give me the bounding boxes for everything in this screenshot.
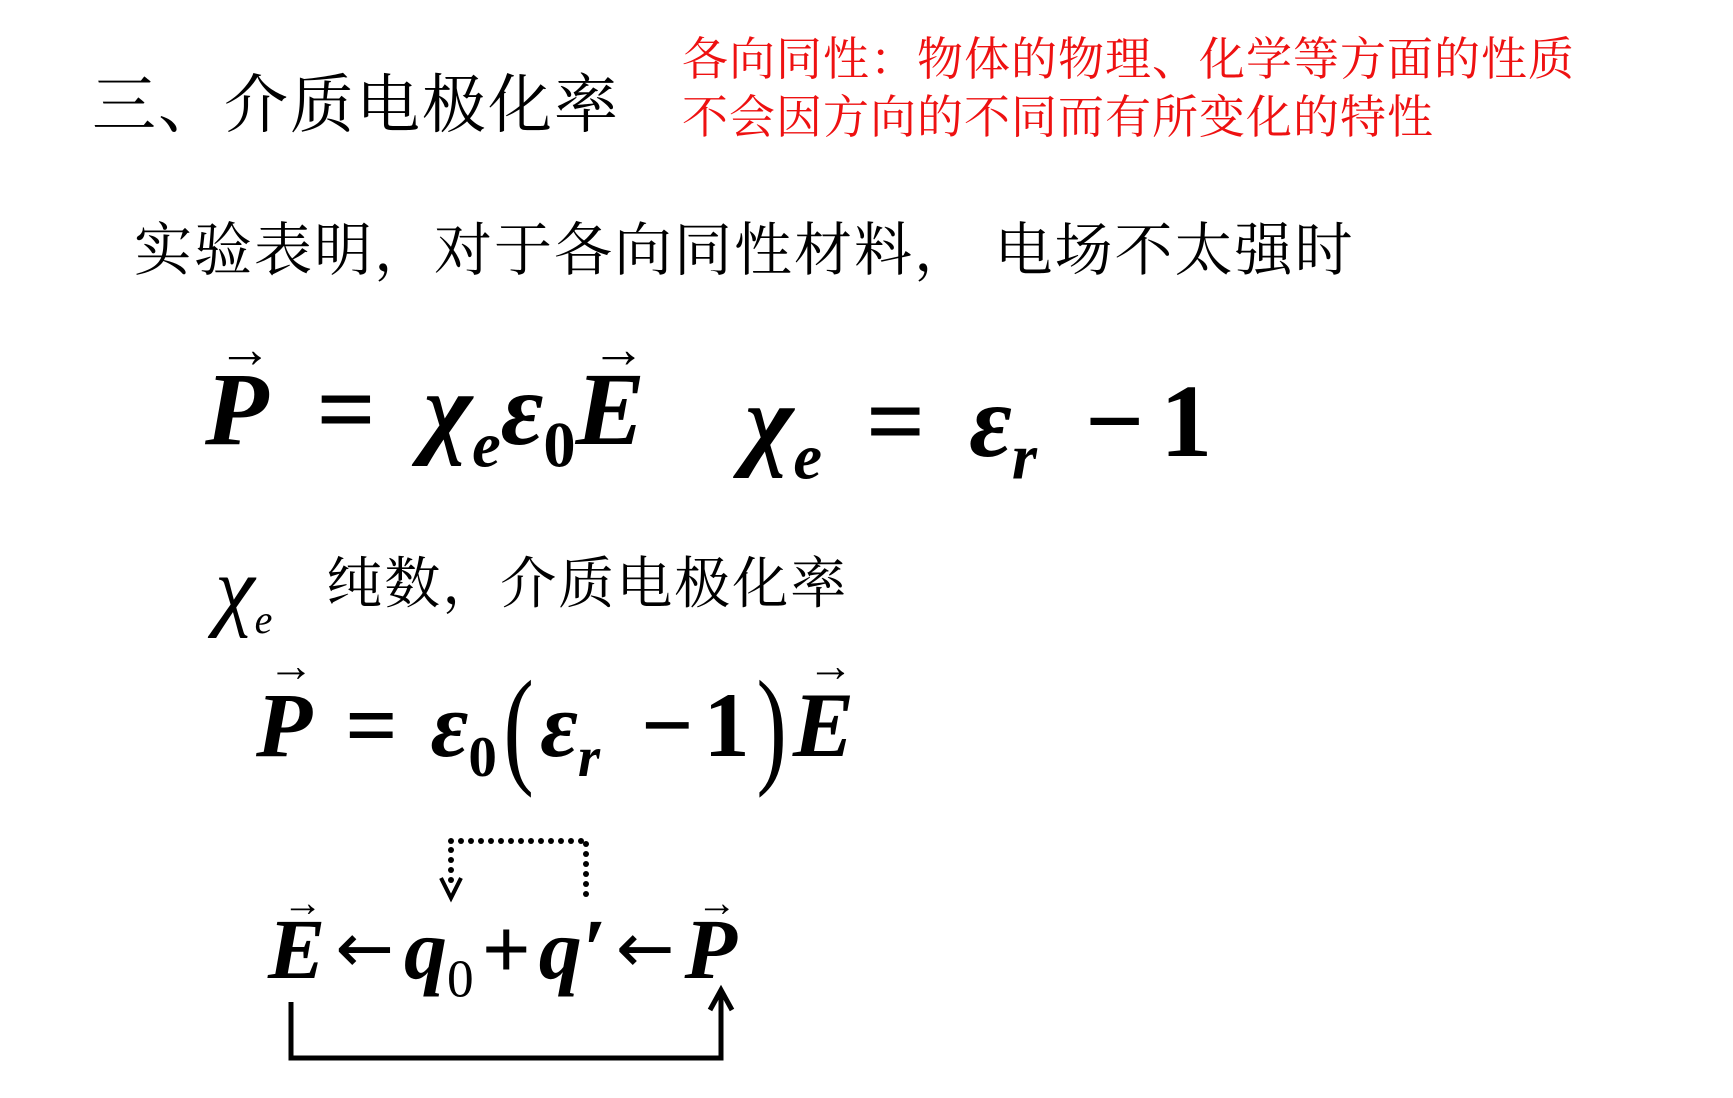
vector-arrow-icon: →: [218, 322, 272, 376]
vector-p: → P: [205, 350, 269, 470]
equation-polarization-chi: → P = χeε0 → E: [205, 350, 645, 470]
vector-arrow-icon: →: [697, 883, 737, 923]
vector-e: → E: [793, 665, 854, 785]
close-parenthesis: ): [756, 667, 786, 787]
chi-symbol: χ: [745, 364, 793, 479]
free-charge-subscript: 0: [447, 949, 474, 1009]
equation-polarization-epsilon: → P = ε0(εr −1) → E: [256, 665, 854, 787]
minus-sign: −: [641, 674, 693, 776]
open-parenthesis: (: [503, 667, 533, 787]
note-line-2: 不会因方向的不同而有所变化的特性: [682, 88, 1575, 146]
number-one: 1: [704, 674, 750, 776]
epsilon-r-subscript: r: [578, 726, 600, 789]
left-arrow-icon: ←: [335, 907, 394, 989]
vector-e: → E: [576, 350, 645, 470]
chi-subscript: e: [472, 410, 501, 481]
charge-relation: → E ←q0+q′← → P: [268, 898, 737, 999]
bound-charge-q-prime: q′: [539, 901, 606, 997]
epsilon-subscript: 0: [543, 410, 575, 481]
slide-title: 三、介质电极化率: [92, 66, 620, 146]
epsilon-symbol: ε: [431, 674, 469, 776]
vector-e: → E: [268, 899, 325, 999]
chi-symbol: χ: [424, 352, 472, 467]
epsilon-subscript: r: [1012, 422, 1037, 493]
epsilon-symbol: ε: [969, 364, 1012, 479]
feedback-diagram: → E ←q0+q′← → P: [250, 820, 820, 1090]
number-one: 1: [1160, 364, 1212, 479]
epsilon-subscript: 0: [468, 726, 497, 789]
vector-arrow-icon: →: [283, 883, 323, 923]
left-arrow-icon: ←: [616, 907, 675, 989]
equation-chi-epsilon: χe = εr −1: [745, 362, 1212, 482]
note-line-1: 各向同性：物体的物理、化学等方面的性质: [682, 30, 1575, 88]
experiment-statement: 实验表明，对于各向同性材料， 电场不太强时: [134, 210, 1354, 290]
equals-sign: =: [317, 352, 376, 467]
free-charge-q: q: [404, 901, 447, 997]
minus-sign: −: [1085, 364, 1144, 479]
vector-arrow-icon: →: [268, 643, 314, 689]
epsilon-symbol: ε: [501, 352, 544, 467]
plus-sign: +: [482, 901, 531, 997]
vector-arrow-icon: →: [807, 643, 853, 689]
chi-subscript: e: [793, 422, 822, 493]
vector-p: → P: [685, 899, 738, 999]
chi-symbol: χe: [215, 540, 272, 639]
epsilon-r-symbol: ε: [540, 674, 578, 776]
chi-subscript: e: [255, 597, 273, 642]
dotted-feedback-arrow-icon: [448, 838, 589, 897]
vector-p: → P: [256, 665, 312, 785]
equals-sign: =: [345, 674, 397, 776]
vector-arrow-icon: →: [591, 322, 645, 376]
equals-sign: =: [866, 364, 925, 479]
isotropy-definition-note: 各向同性：物体的物理、化学等方面的性质 不会因方向的不同而有所变化的特性: [682, 30, 1575, 146]
chi-description: 纯数，介质电极化率: [326, 552, 848, 617]
solid-feedback-arrow-icon: [291, 992, 721, 1058]
